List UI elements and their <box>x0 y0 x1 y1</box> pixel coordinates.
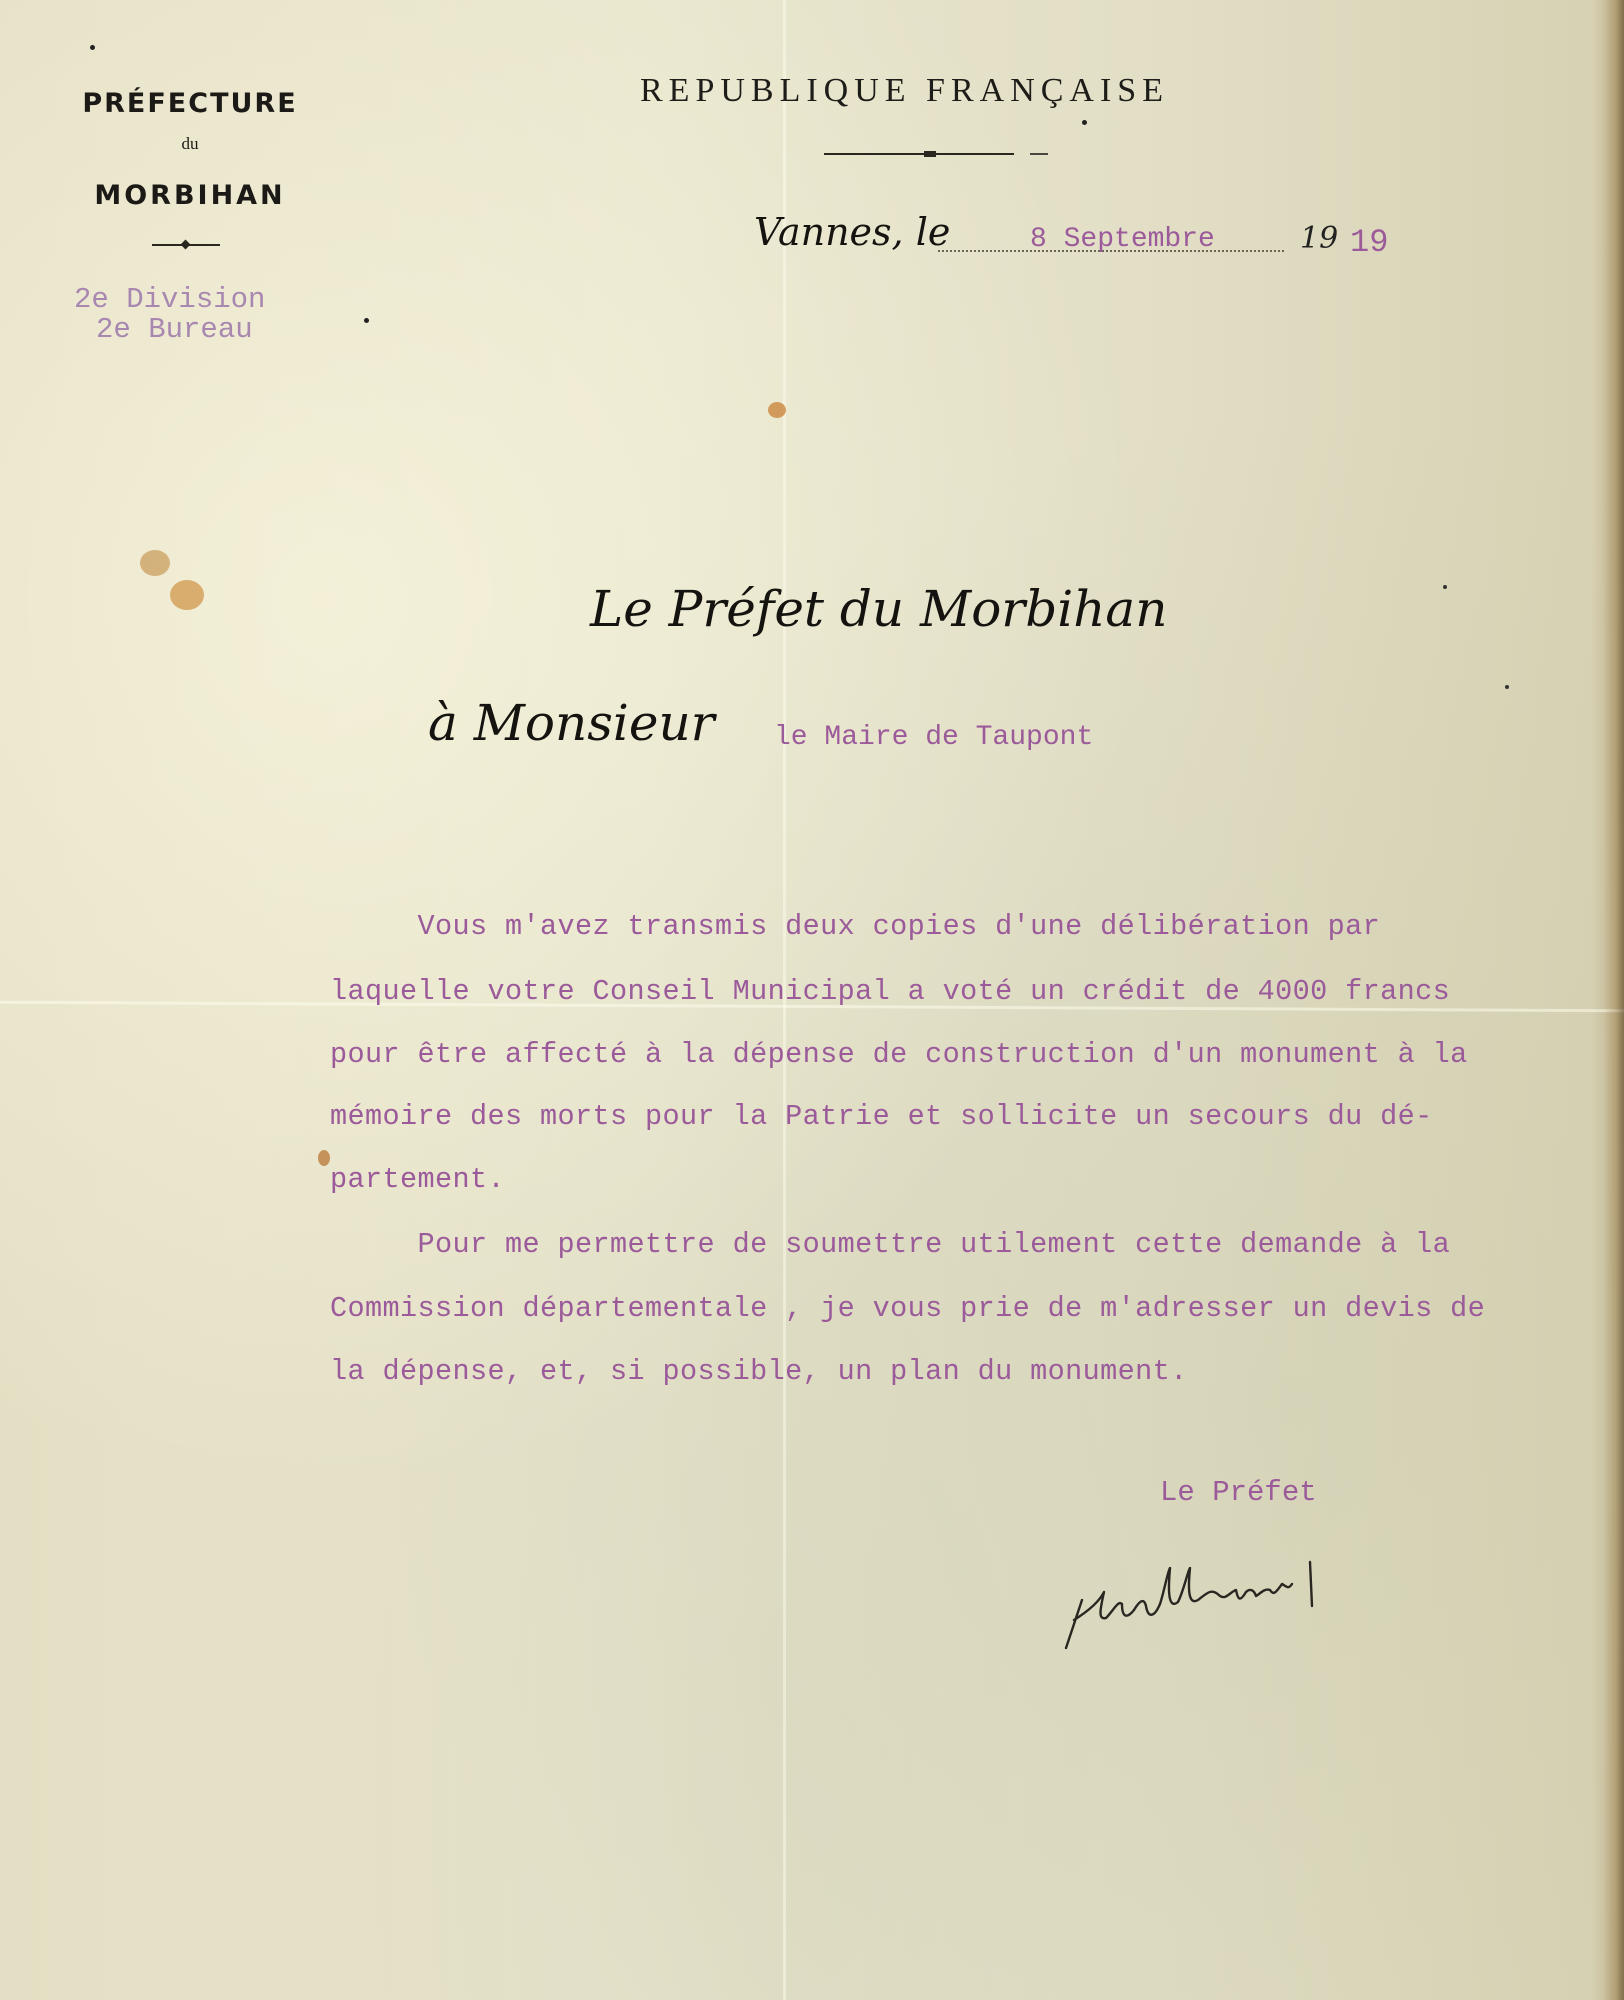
rust-stain <box>318 1150 330 1166</box>
ornament-dash-icon <box>1030 153 1048 155</box>
dateline-year-prefix: 19 <box>1300 221 1338 256</box>
prefecture-heading: PRÉFECTURE <box>40 88 340 119</box>
body-line: mémoire des morts pour la Patrie et soll… <box>330 1100 1433 1133</box>
ink-speck <box>1082 120 1087 125</box>
bureau-stamp: 2e Bureau <box>96 313 253 346</box>
body-line: pour être affecté à la dépense de constr… <box>330 1038 1468 1071</box>
body-line: Pour me permettre de soumettre utilement… <box>330 1228 1450 1261</box>
ink-speck <box>364 318 369 323</box>
ornament-divider-icon <box>824 153 1014 155</box>
paper-edge-shadow <box>1604 0 1624 2000</box>
body-line: laquelle votre Conseil Municipal a voté … <box>330 975 1450 1008</box>
ornament-divider-icon <box>152 244 220 246</box>
body-line: partement. <box>330 1163 505 1196</box>
rust-stain <box>140 550 170 576</box>
prefecture-department: MORBIHAN <box>40 180 340 211</box>
dateline-date: 8 Septembre <box>1030 224 1215 255</box>
rust-stain <box>170 580 204 610</box>
body-line: Commission départementale , je vous prie… <box>330 1292 1485 1325</box>
body-line: la dépense, et, si possible, un plan du … <box>330 1355 1188 1388</box>
sender-heading: Le Préfet du Morbihan <box>590 580 1167 638</box>
body-line: Vous m'avez transmis deux copies d'une d… <box>330 910 1380 943</box>
prefecture-du: du <box>40 134 340 154</box>
signature-icon <box>1060 1540 1420 1660</box>
ink-speck <box>90 45 95 50</box>
recipient-name: le Maire de Taupont <box>774 722 1093 753</box>
ink-speck <box>1505 685 1509 689</box>
rust-stain <box>768 402 786 418</box>
division-stamp: 2e Division <box>74 283 265 316</box>
ink-speck <box>1443 585 1447 589</box>
republic-heading: REPUBLIQUE FRANÇAISE <box>640 72 1169 110</box>
dateline-year-suffix: 19 <box>1350 224 1388 261</box>
closing-label: Le Préfet <box>1160 1476 1317 1509</box>
recipient-prefix: à Monsieur <box>428 694 715 752</box>
dateline-place: Vannes, le <box>754 210 950 254</box>
